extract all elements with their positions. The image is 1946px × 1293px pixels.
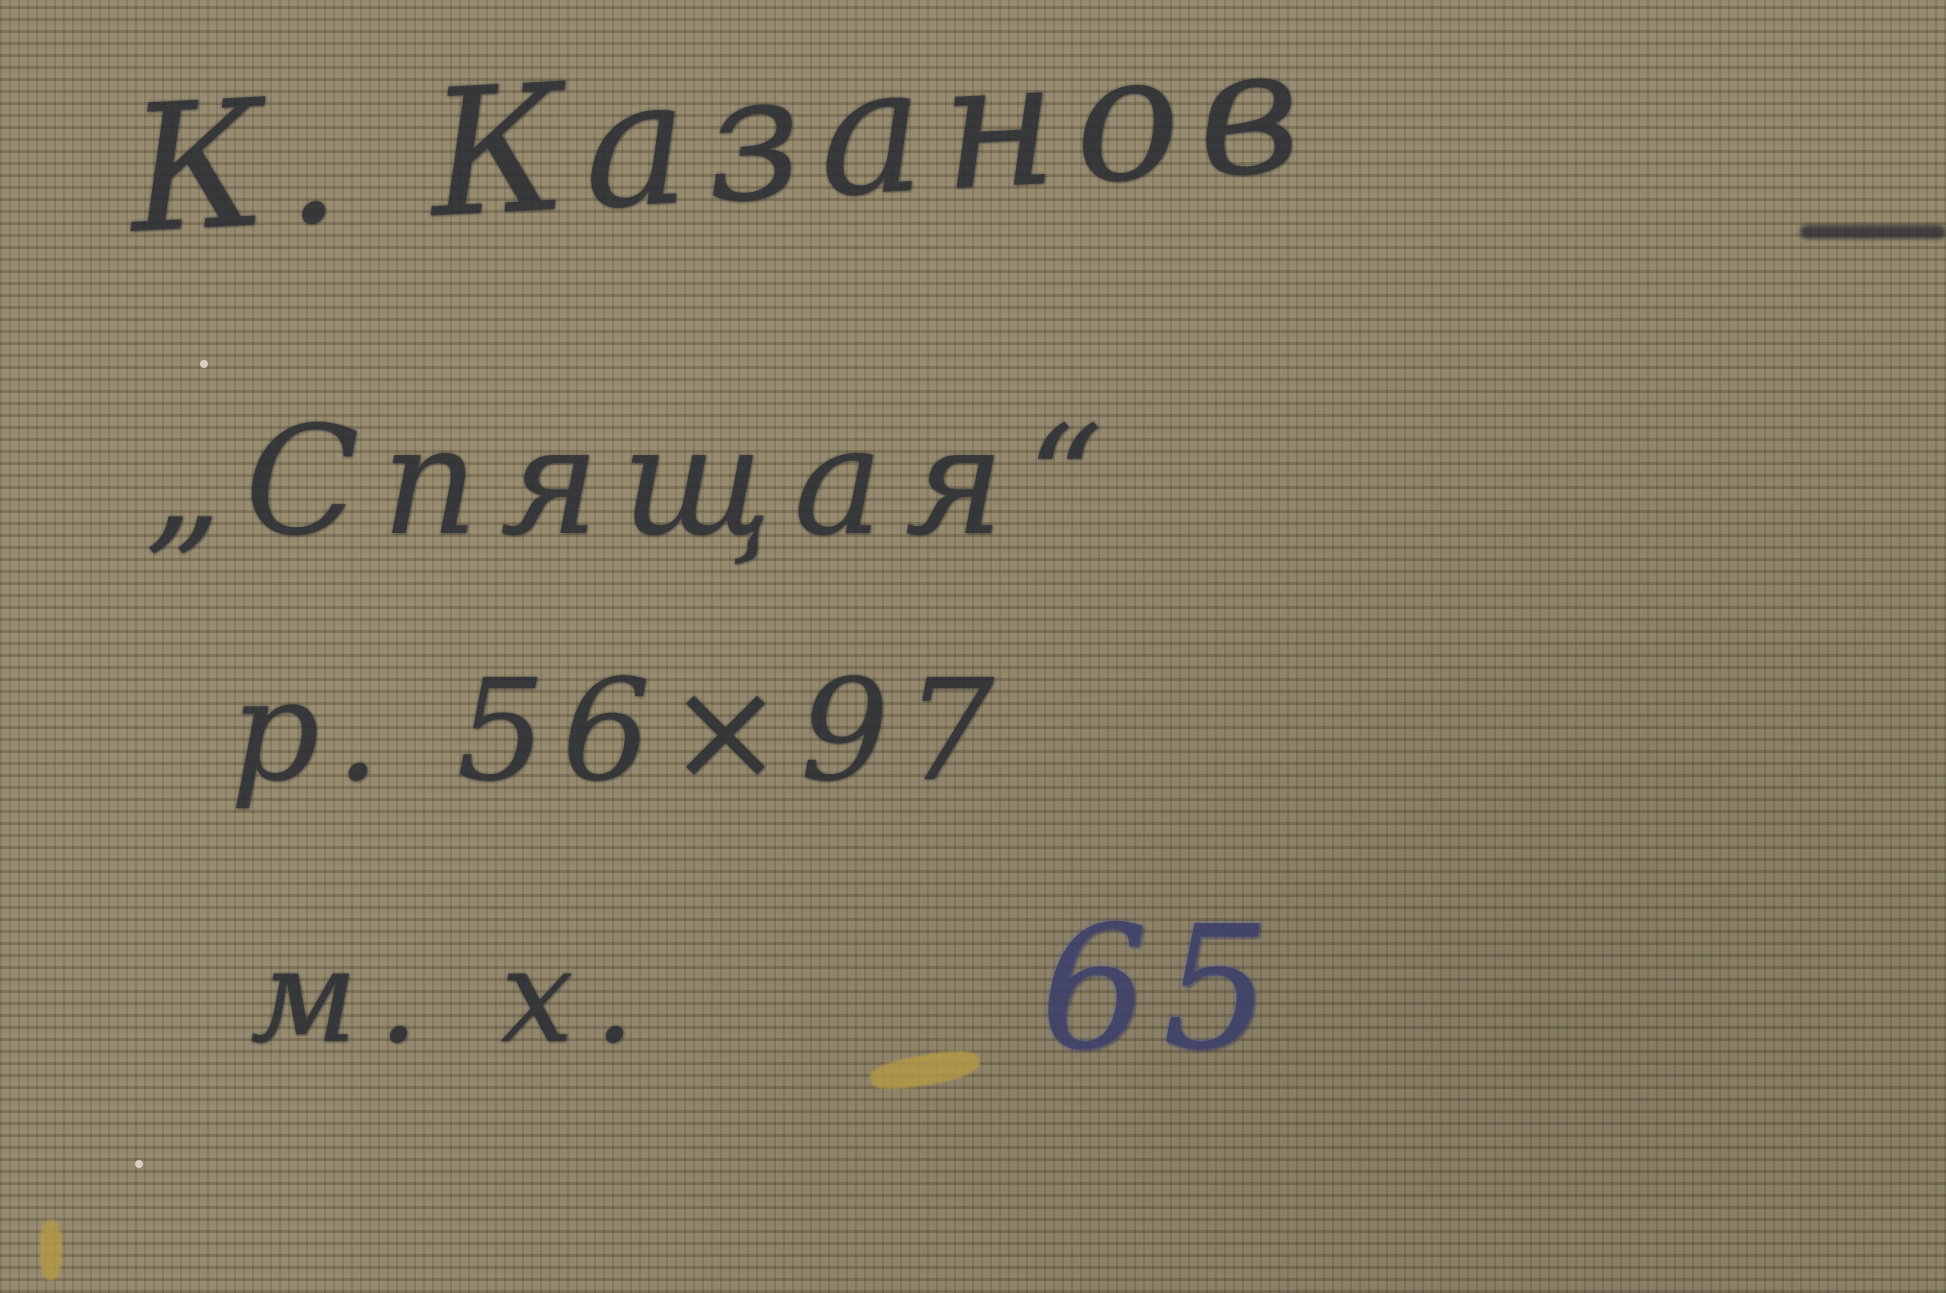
- signature-underline: [1800, 225, 1946, 239]
- paint-fleck: [135, 1160, 143, 1168]
- loose-fiber: [868, 1046, 982, 1095]
- paint-fleck: [200, 360, 208, 368]
- loose-fiber: [40, 1220, 62, 1280]
- painting-year: 65: [1040, 890, 1284, 1088]
- painting-dimensions: р. 56×97: [230, 650, 1010, 813]
- painting-medium: м. х.: [250, 920, 655, 1072]
- painting-title: „Спящая“: [145, 395, 1125, 569]
- canvas-back-photo: К. Казанов „Спящая“ р. 56×97 м. х. 65: [0, 0, 1946, 1293]
- artist-signature: К. Казанов: [125, 8, 1323, 273]
